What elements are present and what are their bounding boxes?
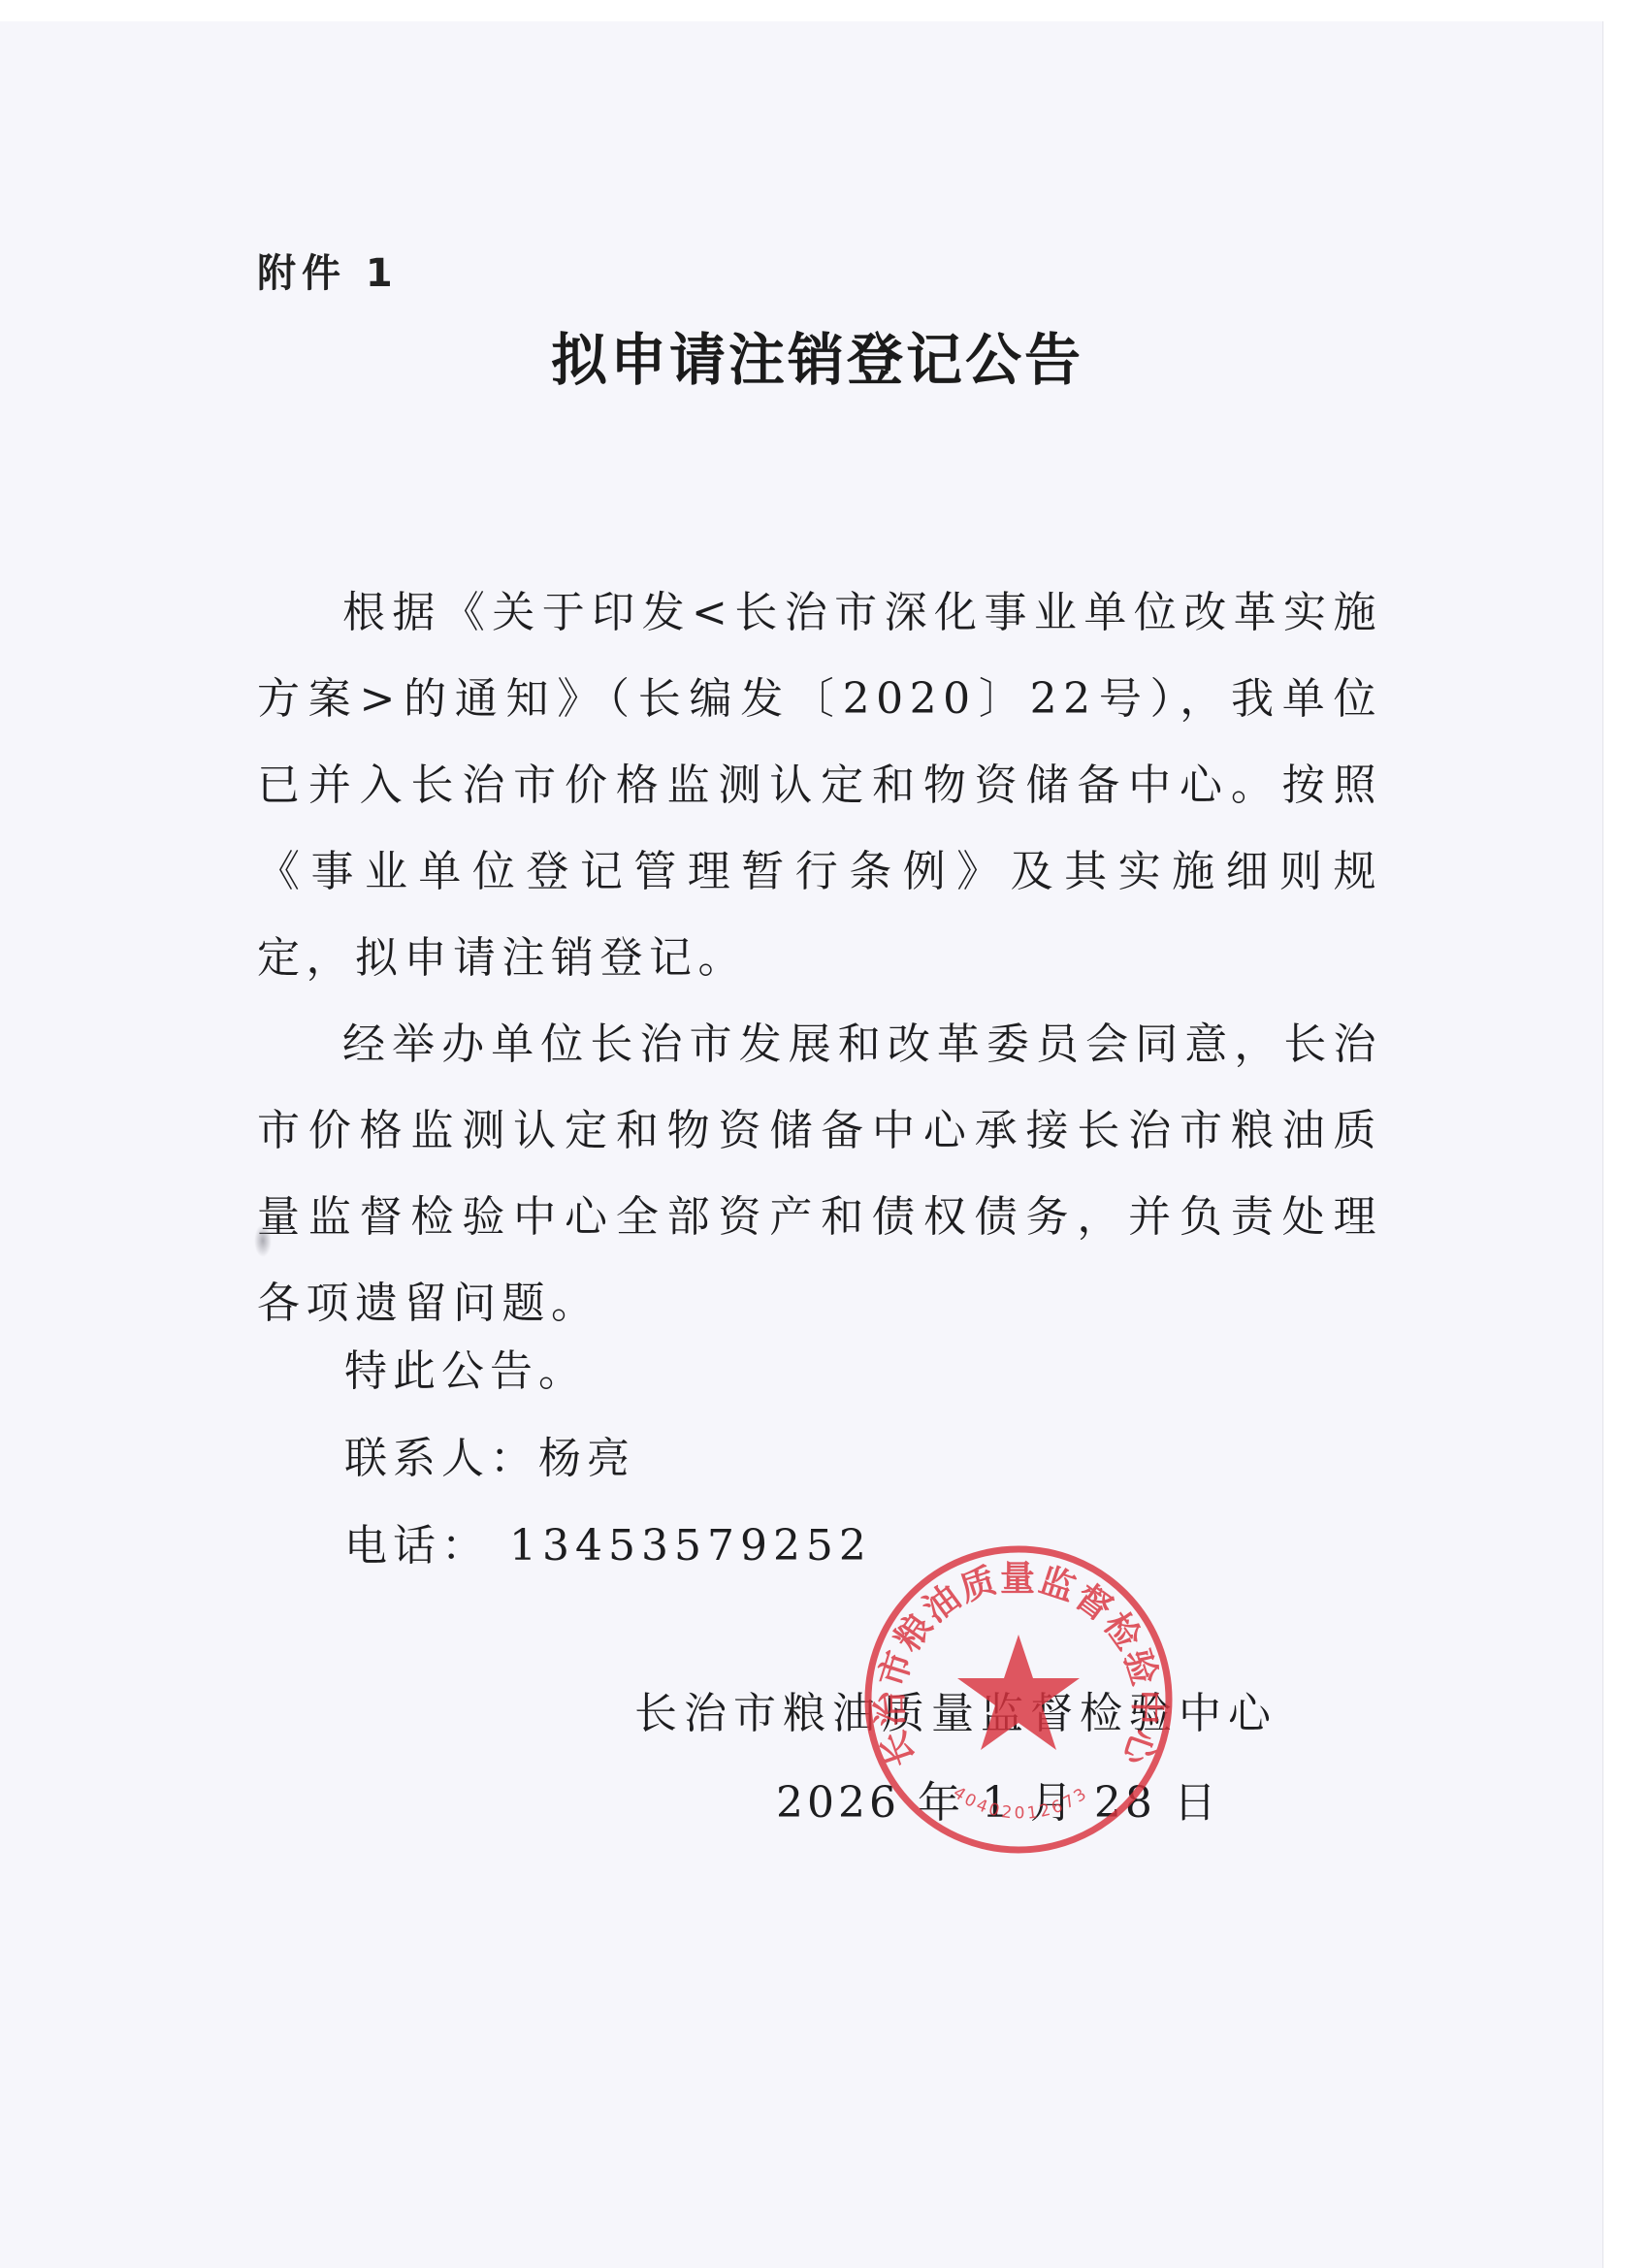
attachment-label: 附件 1	[257, 243, 399, 298]
document-page: 附件 1 拟申请注销登记公告 根据《关于印发<长治市深化事业单位改革实施方案>的…	[0, 21, 1603, 2268]
contact-person: 联系人：杨亮	[344, 1423, 635, 1485]
paragraph-2: 经举办单位长治市发展和改革委员会同意，长治市价格监测认定和物资储备中心承接长治市…	[257, 1001, 1382, 1346]
paragraph-1: 根据《关于印发<长治市深化事业单位改革实施方案>的通知》（长编发〔2020〕22…	[257, 569, 1382, 1001]
closing-text: 特此公告。	[344, 1336, 587, 1398]
signature-organization: 长治市粮油质量监督检验中心	[634, 1678, 1277, 1740]
document-body: 根据《关于印发<长治市深化事业单位改革实施方案>的通知》（长编发〔2020〕22…	[257, 569, 1382, 1346]
contact-phone: 电话： 13453579252	[344, 1510, 872, 1572]
document-title: 拟申请注销登记公告	[551, 314, 1083, 396]
signature-date: 2026 年 1 月 28 日	[776, 1767, 1220, 1830]
scan-smudge	[254, 1224, 272, 1257]
